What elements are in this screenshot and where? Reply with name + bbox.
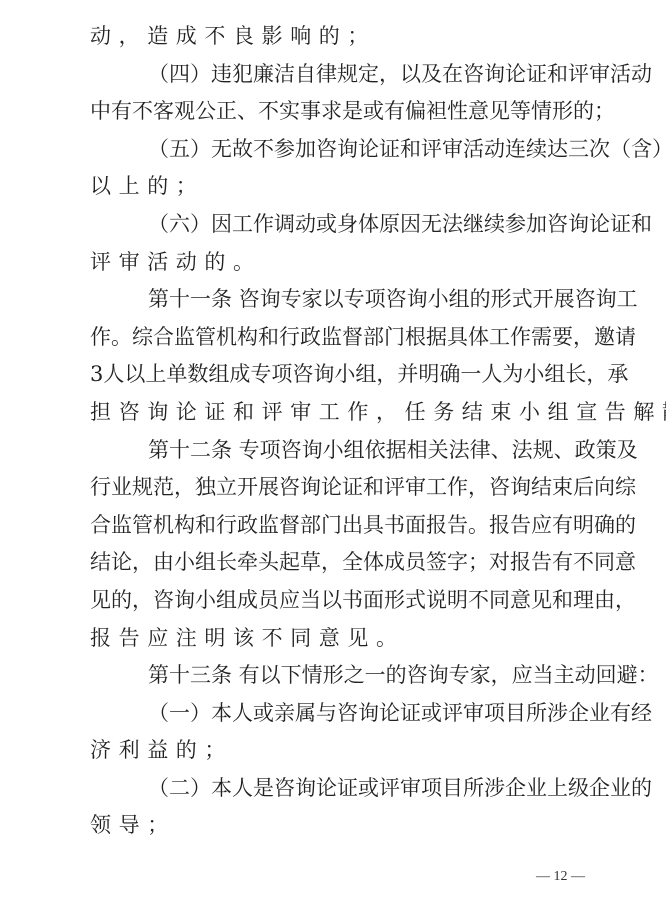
text-line: （二）本人是咨询论证或评审项目所涉企业上级企业的 <box>90 770 582 808</box>
article-11-heading-line: 第十一条 咨询专家以专项咨询小组的形式开展咨询工 <box>90 281 582 319</box>
text-line: 以上的； <box>90 168 582 206</box>
text-line: 评审活动的。 <box>90 244 582 282</box>
text-line: （六）因工作调动或身体原因无法继续参加咨询论证和 <box>90 206 582 244</box>
text-line: 行业规范，独立开展咨询论证和评审工作，咨询结束后向综 <box>90 469 582 507</box>
text-line: 报告应注明该不同意见。 <box>90 620 582 658</box>
document-body: 动，造成不良影响的； （四）违犯廉洁自律规定，以及在咨询论证和评审活动 中有不客… <box>90 18 582 845</box>
page-number: — 12 — <box>536 867 585 887</box>
text-line: 动，造成不良影响的； <box>90 18 582 56</box>
text-line: （五）无故不参加咨询论证和评审活动连续达三次（含） <box>90 131 582 169</box>
text-line: 结论，由小组长牵头起草，全体成员签字；对报告有不同意 <box>90 544 582 582</box>
text-line: （一）本人或亲属与咨询论证或评审项目所涉企业有经 <box>90 695 582 733</box>
text-line: 济利益的； <box>90 732 582 770</box>
text-line: （四）违犯廉洁自律规定，以及在咨询论证和评审活动 <box>90 56 582 94</box>
text-line: 担咨询论证和评审工作，任务结束小组宣告解散。 <box>90 394 582 432</box>
text-line: 作。综合监管机构和行政监督部门根据具体工作需要，邀请 <box>90 319 582 357</box>
text-line: 领导； <box>90 807 582 845</box>
text-line: 中有不客观公正、不实事求是或有偏袒性意见等情形的； <box>90 93 582 131</box>
document-page: 动，造成不良影响的； （四）违犯廉洁自律规定，以及在咨询论证和评审活动 中有不客… <box>0 0 666 900</box>
article-13-heading-line: 第十三条 有以下情形之一的咨询专家，应当主动回避： <box>90 657 582 695</box>
text-line: 见的，咨询小组成员应当以书面形式说明不同意见和理由， <box>90 582 582 620</box>
text-line: 3人以上单数组成专项咨询小组，并明确一人为小组长，承 <box>90 356 582 394</box>
article-12-heading-line: 第十二条 专项咨询小组依据相关法律、法规、政策及 <box>90 432 582 470</box>
text-line: 合监管机构和行政监督部门出具书面报告。报告应有明确的 <box>90 507 582 545</box>
